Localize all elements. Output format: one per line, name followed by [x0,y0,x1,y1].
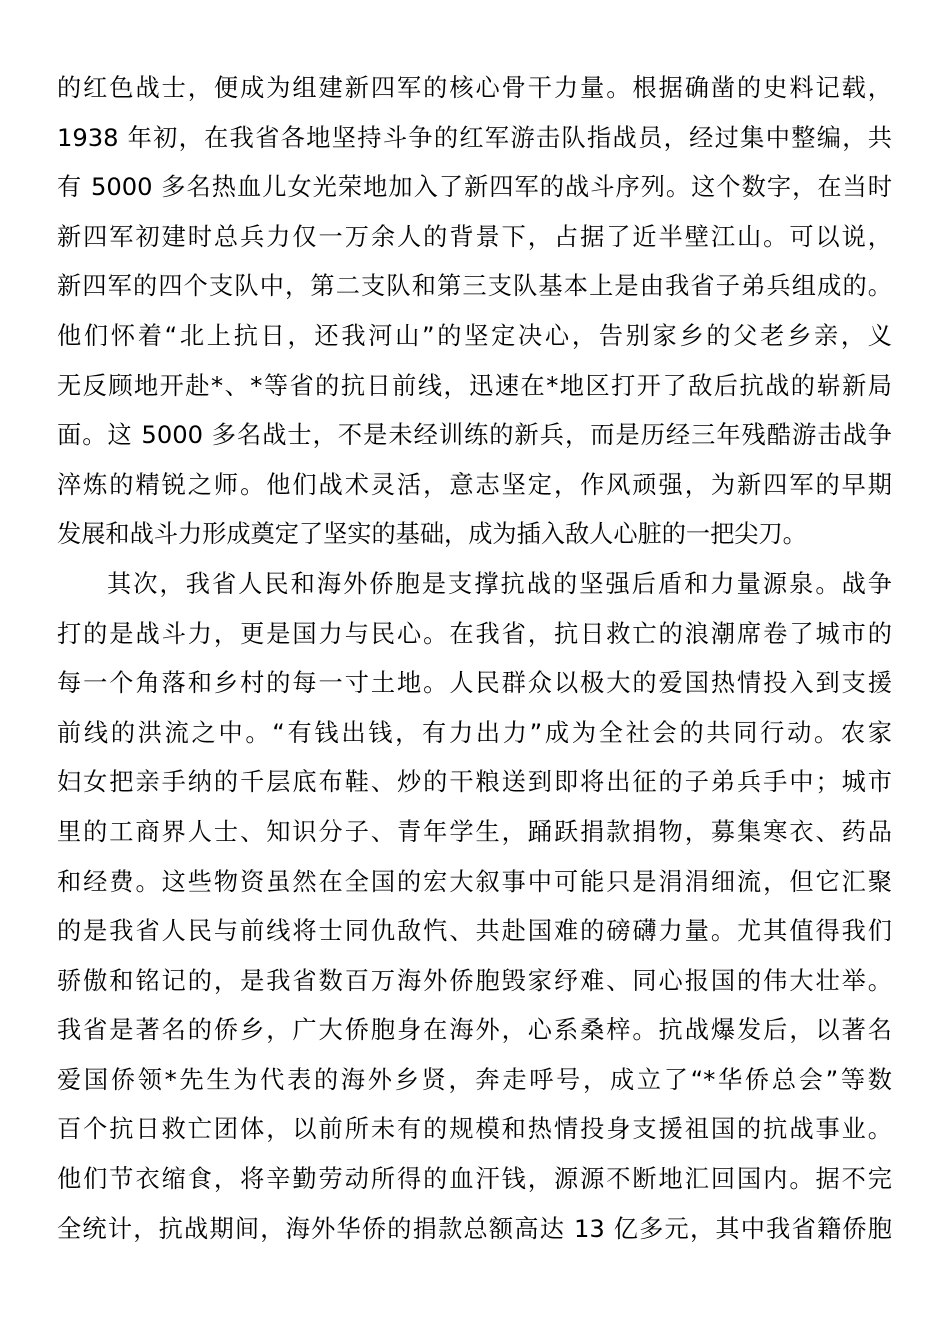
text-line: 无反顾地开赴*、*等省的抗日前线，迅速在*地区打开了敌后抗战的崭新局 [57,368,892,418]
text-line: 骄傲和铭记的，是我省数百万海外侨胞毁家纾难、同心报国的伟大壮举。 [57,963,892,1013]
text-line: 的红色战士，便成为组建新四军的核心骨干力量。根据确凿的史料记载， [57,70,892,120]
text-line: 我省是著名的侨乡，广大侨胞身在海外，心系桑梓。抗战爆发后，以著名 [57,1012,892,1062]
text-line: 新四军的四个支队中，第二支队和第三支队基本上是由我省子弟兵组成的。 [57,268,892,318]
text-line: 妇女把亲手纳的千层底布鞋、炒的干粮送到即将出征的子弟兵手中；城市 [57,764,892,814]
text-line: 他们怀着“北上抗日，还我河山”的坚定决心，告别家乡的父老乡亲，义 [57,318,892,368]
text-line: 有 5000 多名热血儿女光荣地加入了新四军的战斗序列。这个数字，在当时 [57,169,892,219]
text-line: 每一个角落和乡村的每一寸土地。人民群众以极大的爱国热情投入到支援 [57,665,892,715]
text-line: 里的工商界人士、知识分子、青年学生，踊跃捐款捐物，募集寒衣、药品 [57,814,892,864]
text-line: 他们节衣缩食，将辛勤劳动所得的血汗钱，源源不断地汇回国内。据不完 [57,1161,892,1211]
text-line: 打的是战斗力，更是国力与民心。在我省，抗日救亡的浪潮席卷了城市的 [57,616,892,666]
document-page: 的红色战士，便成为组建新四军的核心骨干力量。根据确凿的史料记载，1938 年初，… [57,70,892,1260]
text-line: 发展和战斗力形成奠定了坚实的基础，成为插入敌人心脏的一把尖刀。 [57,516,892,566]
text-line: 百个抗日救亡团体，以前所未有的规模和热情投身支援祖国的抗战事业。 [57,1111,892,1161]
text-line: 爱国侨领*先生为代表的海外乡贤，奔走呼号，成立了“*华侨总会”等数 [57,1062,892,1112]
text-line: 全统计，抗战期间，海外华侨的捐款总额高达 13 亿多元，其中我省籍侨胞 [57,1211,892,1261]
text-line: 1938 年初，在我省各地坚持斗争的红军游击队指战员，经过集中整编，共 [57,120,892,170]
text-line: 的是我省人民与前线将士同仇敌忾、共赴国难的磅礴力量。尤其值得我们 [57,913,892,963]
text-line: 其次，我省人民和海外侨胞是支撑抗战的坚强后盾和力量源泉。战争 [57,566,892,616]
text-line: 淬炼的精锐之师。他们战术灵活，意志坚定，作风顽强，为新四军的早期 [57,467,892,517]
text-line: 前线的洪流之中。“有钱出钱，有力出力”成为全社会的共同行动。农家 [57,715,892,765]
text-line: 面。这 5000 多名战士，不是未经训练的新兵，而是历经三年残酷游击战争 [57,417,892,467]
text-line: 新四军初建时总兵力仅一万余人的背景下，占据了近半壁江山。可以说， [57,219,892,269]
text-line: 和经费。这些物资虽然在全国的宏大叙事中可能只是涓涓细流，但它汇聚 [57,864,892,914]
